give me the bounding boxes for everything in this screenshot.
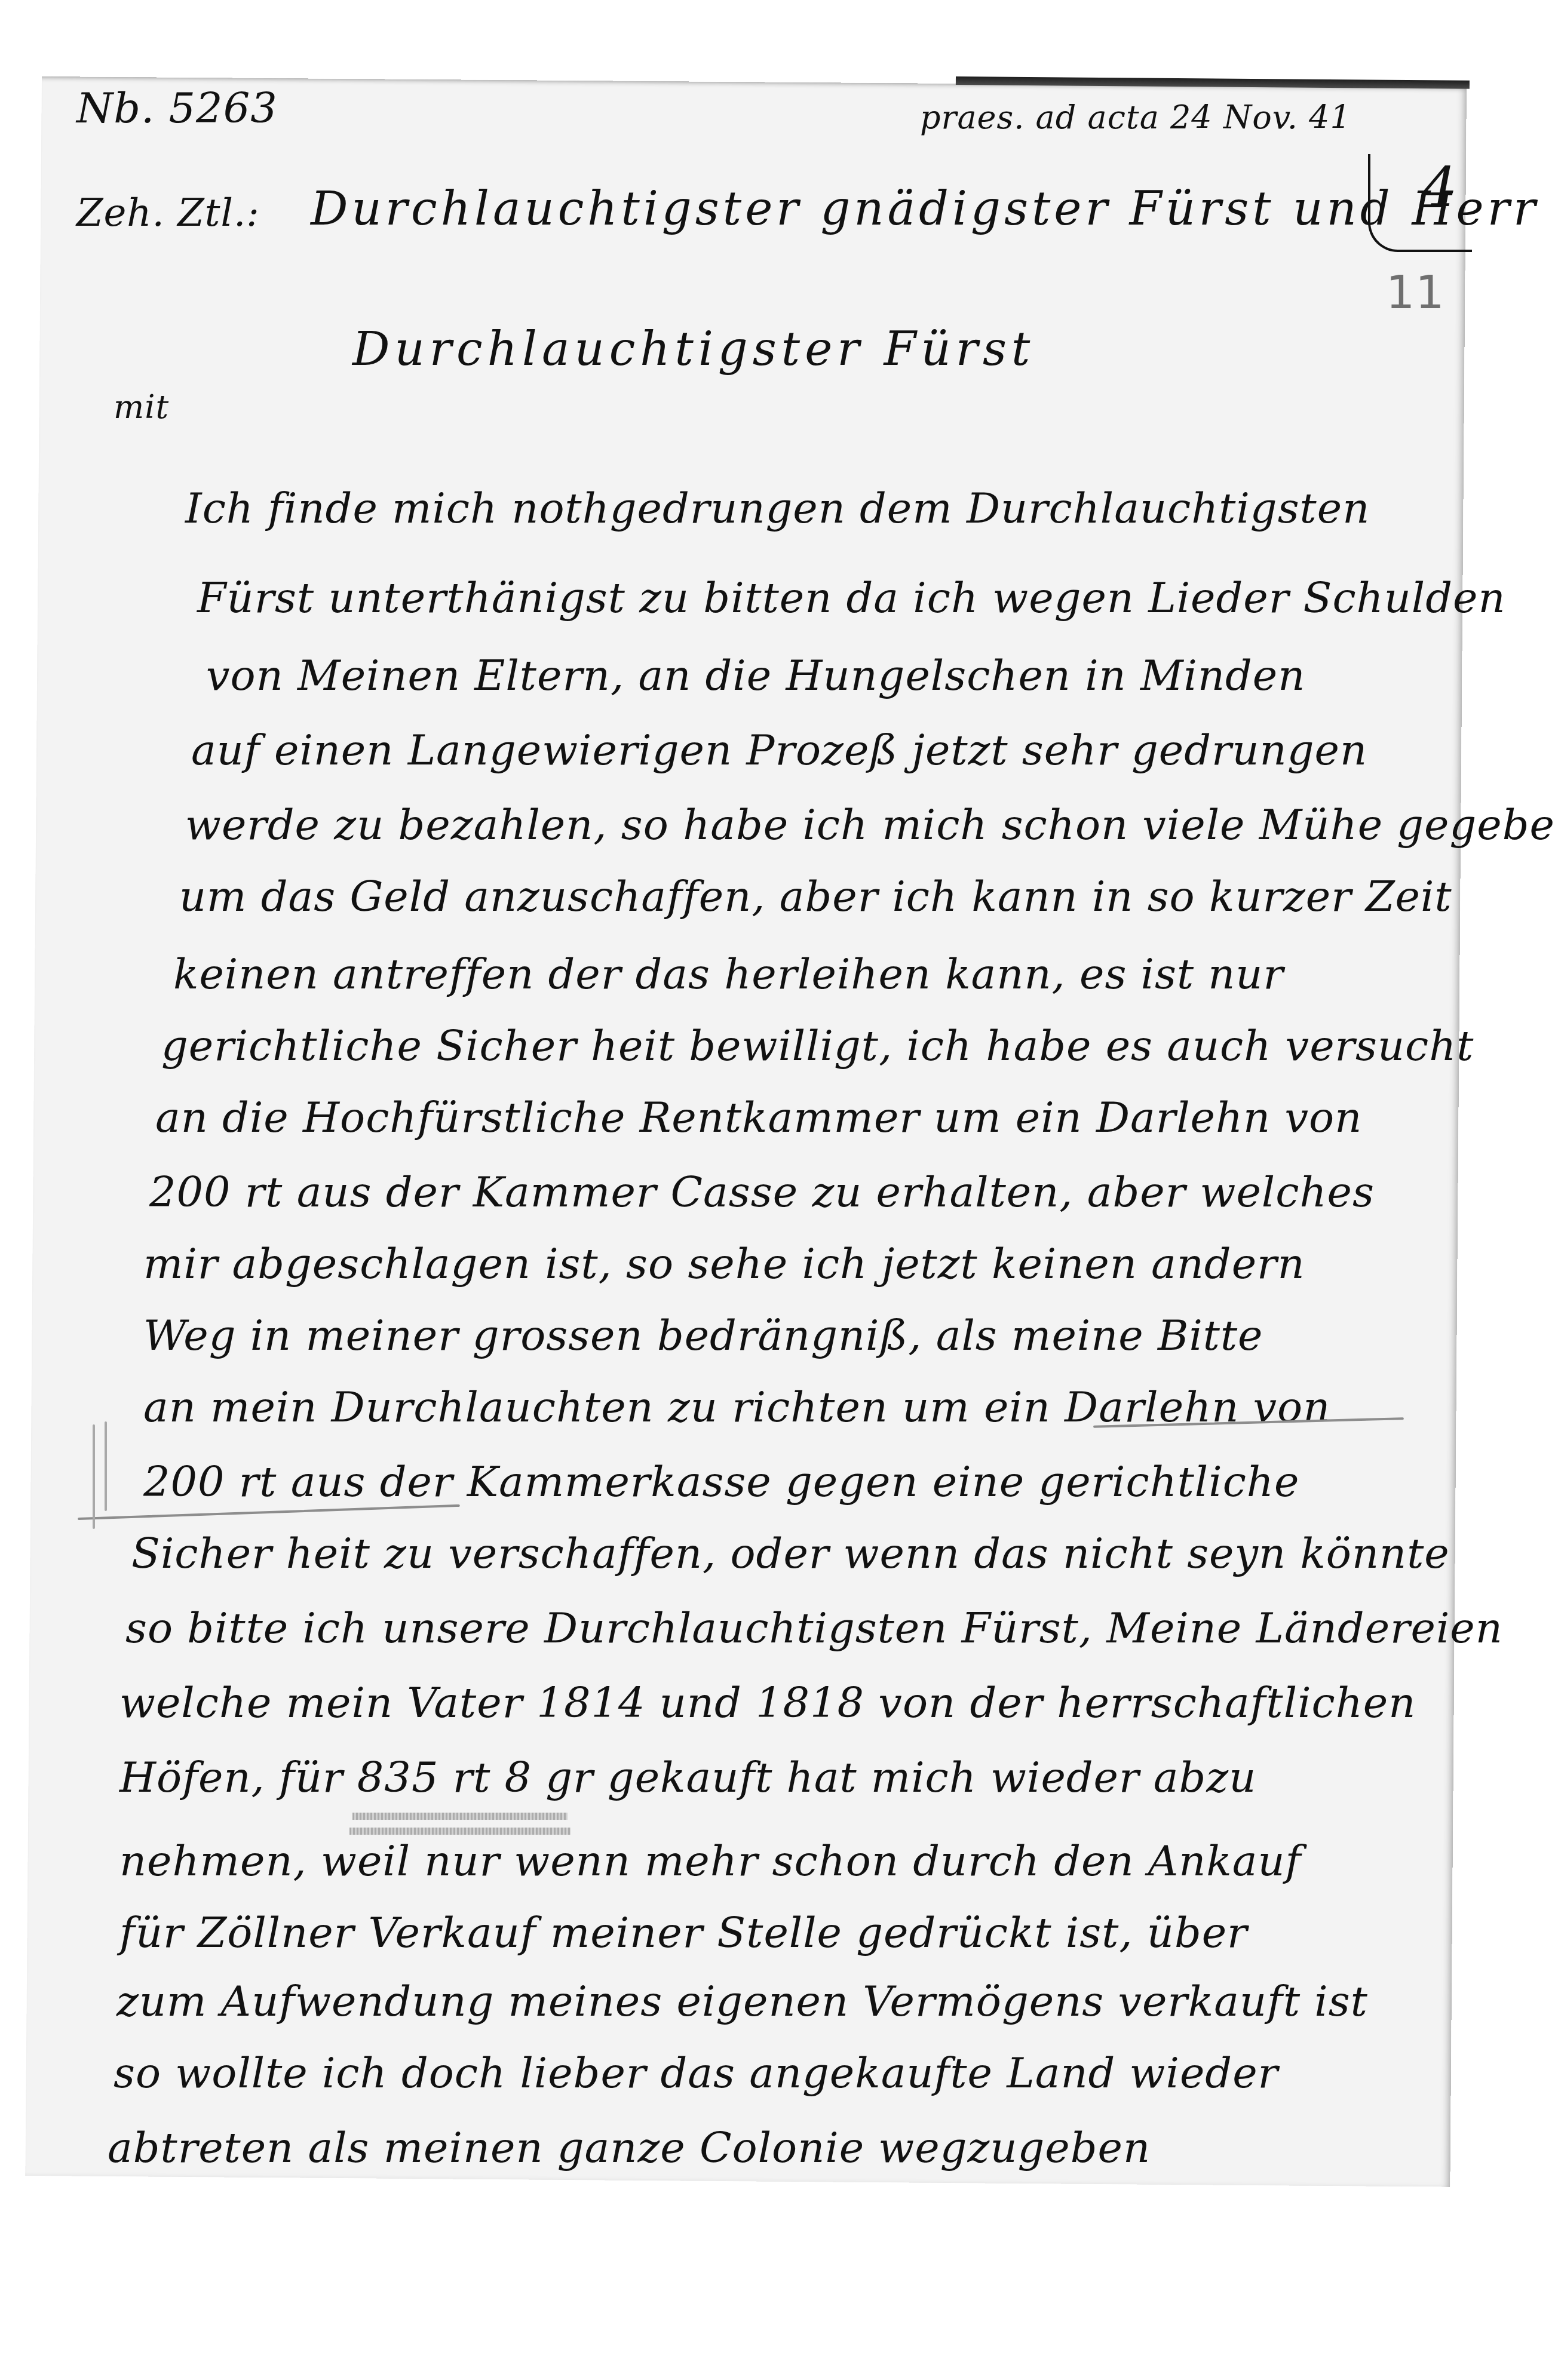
body-line: Weg in meiner grossen bedrängniß, als me… [143, 1311, 1263, 1360]
body-line: so wollte ich doch lieber das angekaufte… [114, 2049, 1278, 2098]
margin-mark-line [93, 1424, 95, 1529]
pencil-number: 11 [1386, 266, 1445, 319]
body-line: von Meinen Eltern, an die Hungelschen in… [206, 651, 1305, 700]
pencil-double-underline [349, 1828, 571, 1835]
file-number: Nb. 5263 [76, 84, 278, 133]
body-line: Ich finde mich nothgedrungen dem Durchla… [185, 484, 1370, 533]
body-line: an die Hochfürstliche Rentkammer um ein … [155, 1093, 1362, 1142]
body-line: für Zöllner Verkauf meiner Stelle gedrüc… [119, 1908, 1248, 1957]
body-line: keinen antreffen der das herleihen kann,… [173, 950, 1284, 999]
body-line: mir abgeschlagen ist, so sehe ich jetzt … [143, 1239, 1305, 1288]
body-line: um das Geld anzuschaffen, aber ich kann … [179, 872, 1452, 921]
folio-number: 4 [1422, 155, 1457, 219]
body-line: Höfen, für 835 rt 8 gr gekauft hat mich … [119, 1753, 1256, 1802]
body-line: nehmen, weil nur wenn mehr schon durch d… [119, 1837, 1302, 1885]
salutation-line-1: Durchlauchtigster gnädigster Fürst und H… [311, 182, 1539, 236]
received-note: praes. ad acta 24 Nov. 41 [920, 99, 1351, 136]
body-line: so bitte ich unsere Durchlauchtigsten Fü… [125, 1604, 1503, 1653]
body-line: abtreten als meinen ganze Colonie wegzug… [108, 2123, 1151, 2172]
pencil-double-underline [352, 1813, 568, 1820]
body-line: werde zu bezahlen, so habe ich mich scho… [185, 800, 1555, 849]
body-line: 200 rt aus der Kammerkasse gegen eine ge… [143, 1457, 1299, 1506]
body-line: Fürst unterthänigst zu bitten da ich weg… [197, 573, 1505, 622]
registry-mark: Zeh. Ztl.: [76, 191, 260, 235]
body-line: zum Aufwendung meines eigenen Vermögens … [116, 1977, 1368, 2026]
body-line: 200 rt aus der Kammer Casse zu erhalten,… [149, 1168, 1375, 1217]
salutation-line-2: Durchlauchtigster Fürst [352, 323, 1035, 376]
body-line: gerichtliche Sicher heit bewilligt, ich … [161, 1021, 1474, 1070]
body-line: welche mein Vater 1814 und 1818 von der … [119, 1678, 1416, 1727]
margin-note: mit [114, 388, 169, 426]
body-line: auf einen Langewierigen Prozeß jetzt seh… [191, 726, 1367, 775]
body-line: Sicher heit zu verschaffen, oder wenn da… [131, 1529, 1450, 1578]
margin-mark-line [105, 1421, 107, 1511]
